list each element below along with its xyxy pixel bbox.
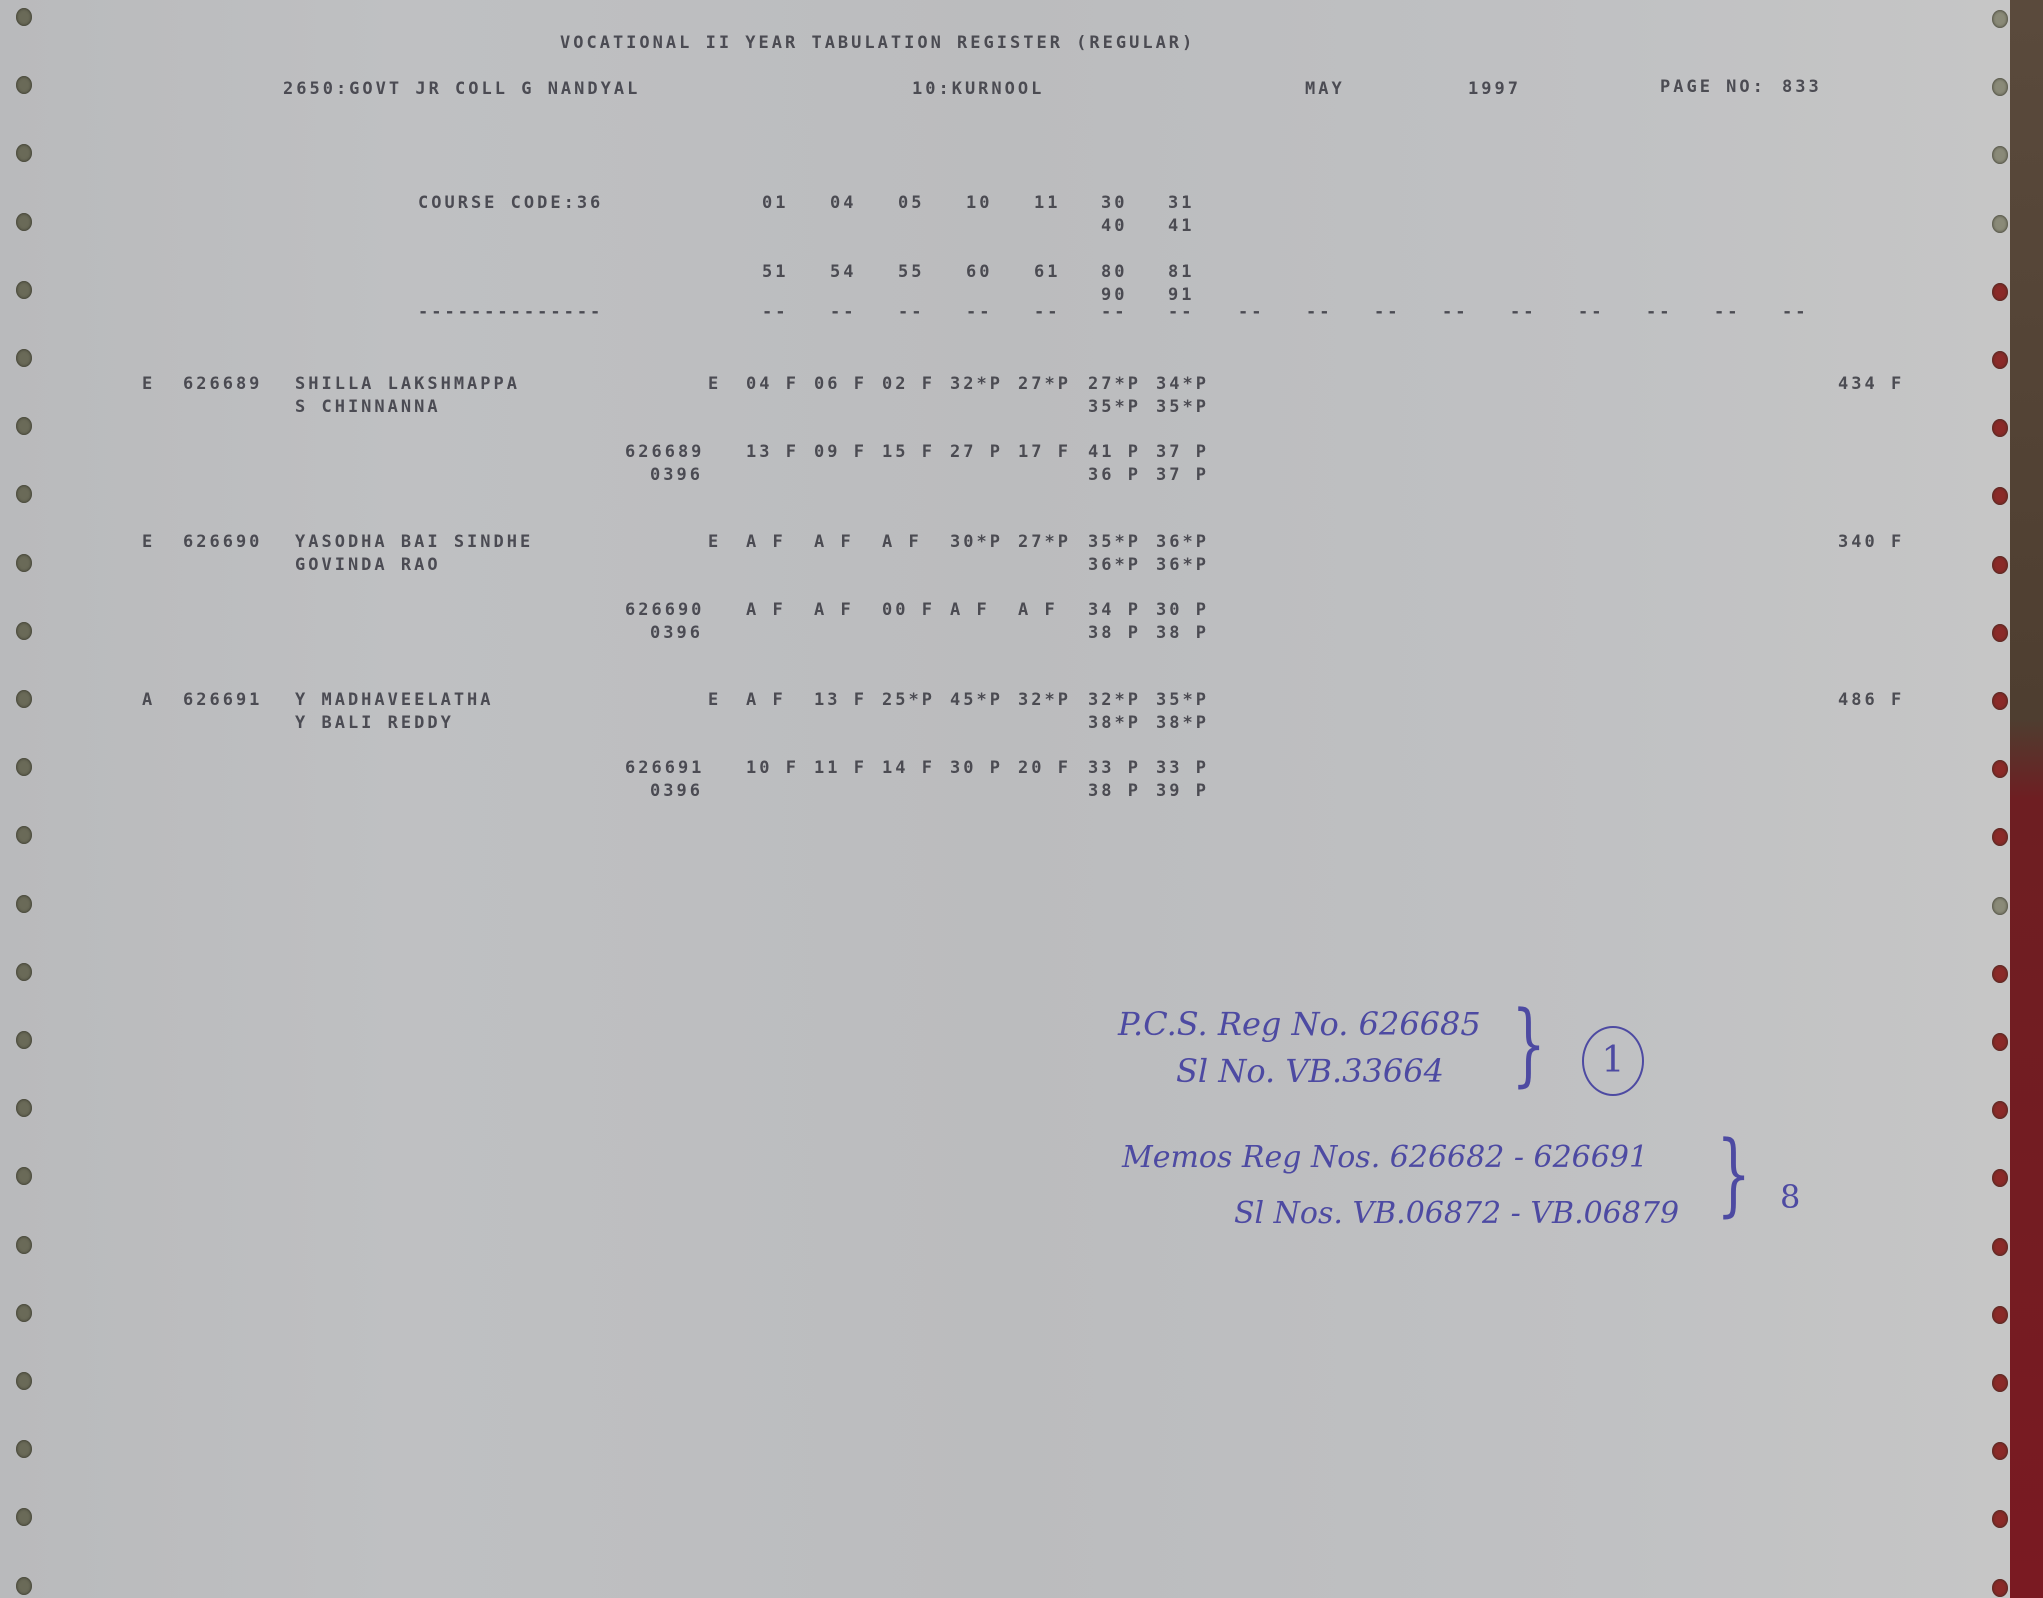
subject-mark: 38*P [1088, 713, 1141, 733]
left-feed-hole-icon [16, 1577, 32, 1595]
left-feed-hole-icon [16, 1304, 32, 1322]
subject-code: 11 [1034, 193, 1060, 213]
subject-mark: 35*P [1156, 690, 1209, 710]
subject-mark: A F [882, 532, 922, 552]
right-feed-hole-icon [1992, 556, 2008, 574]
subject-mark: 36*P [1156, 532, 1209, 552]
subject-mark: 32*P [1018, 690, 1071, 710]
column-dash: -- [1168, 302, 1194, 322]
left-feed-hole-icon [16, 1236, 32, 1254]
right-feed-hole-icon [1992, 283, 2008, 301]
subject-code: 30 [1101, 193, 1127, 213]
student-reg-no: 626690 [183, 532, 262, 552]
student-medium: E [708, 532, 721, 552]
student-ref-code: 0396 [650, 781, 703, 801]
column-dash: -- [830, 302, 856, 322]
college-name: 2650:GOVT JR COLL G NANDYAL [283, 79, 640, 99]
column-dash: -- [1374, 302, 1400, 322]
subject-mark: 10 F [746, 758, 799, 778]
right-feed-hole-icon [1992, 1033, 2008, 1051]
subject-mark: 17 F [1018, 442, 1071, 462]
subject-mark: 27*P [1018, 532, 1071, 552]
student-name: YASODHA BAI SINDHE [295, 532, 533, 552]
student-father-name: GOVINDA RAO [295, 555, 441, 575]
column-dash: -- [1306, 302, 1332, 322]
subject-mark: 39 P [1156, 781, 1209, 801]
page-label: PAGE NO: [1660, 77, 1766, 97]
column-dash: -- [1034, 302, 1060, 322]
subject-mark: 30 P [1156, 600, 1209, 620]
left-feed-hole-icon [16, 281, 32, 299]
handwritten-brace-1: } [1511, 1000, 1545, 1090]
subject-mark: 41 P [1088, 442, 1141, 462]
column-dash: -- [1238, 302, 1264, 322]
student-ref-no: 626691 [625, 758, 704, 778]
subject-mark: 36*P [1088, 555, 1141, 575]
right-feed-hole-icon [1992, 215, 2008, 233]
subject-mark: 13 F [814, 690, 867, 710]
student-medium: E [708, 690, 721, 710]
subject-mark: 09 F [814, 442, 867, 462]
subject-code: 04 [830, 193, 856, 213]
subject-code: 01 [762, 193, 788, 213]
student-reg-no: 626691 [183, 690, 262, 710]
handwritten-memo-count: 8 [1780, 1178, 1800, 1216]
subject-mark: 33 P [1156, 758, 1209, 778]
course-code-label: COURSE CODE:36 [418, 193, 603, 213]
student-total-result: 486 F [1838, 690, 1904, 710]
column-dash: -- [1714, 302, 1740, 322]
handwritten-memos-sl-nos: Sl Nos. VB.06872 - VB.06879 [1234, 1196, 1679, 1231]
column-dash: -- [1510, 302, 1536, 322]
subject-mark: 06 F [814, 374, 867, 394]
register-title: VOCATIONAL II YEAR TABULATION REGISTER (… [560, 33, 1195, 53]
subject-mark: 32*P [950, 374, 1003, 394]
right-feed-hole-icon [1992, 965, 2008, 983]
left-feed-hole-icon [16, 349, 32, 367]
subject-mark: 15 F [882, 442, 935, 462]
subject-mark: 11 F [814, 758, 867, 778]
subject-mark: 30*P [950, 532, 1003, 552]
right-feed-hole-icon [1992, 10, 2008, 28]
subject-mark: 14 F [882, 758, 935, 778]
subject-mark: A F [950, 600, 990, 620]
student-total-result: 434 F [1838, 374, 1904, 394]
student-ref-code: 0396 [650, 465, 703, 485]
subject-mark: 32*P [1088, 690, 1141, 710]
right-feed-hole-icon [1992, 351, 2008, 369]
subject-mark: 13 F [746, 442, 799, 462]
course-underline: -------------- [418, 302, 603, 322]
subject-mark: 27 P [950, 442, 1003, 462]
column-dash: -- [762, 302, 788, 322]
subject-code: 55 [898, 262, 924, 282]
page-number: 833 [1782, 77, 1822, 97]
subject-mark: 34*P [1156, 374, 1209, 394]
subject-mark: 37 P [1156, 442, 1209, 462]
subject-code: 51 [762, 262, 788, 282]
handwritten-pcs-sl-no: Sl No. VB.33664 [1176, 1052, 1444, 1090]
student-medium: E [708, 374, 721, 394]
subject-code: 41 [1168, 216, 1194, 236]
student-reg-no: 626689 [183, 374, 262, 394]
subject-mark: 04 F [746, 374, 799, 394]
handwritten-brace-2: } [1716, 1130, 1750, 1220]
column-dash: -- [966, 302, 992, 322]
district-name: 10:KURNOOL [912, 79, 1044, 99]
subject-mark: 35*P [1156, 397, 1209, 417]
subject-code: 10 [966, 193, 992, 213]
student-ref-no: 626690 [625, 600, 704, 620]
left-feed-hole-icon [16, 213, 32, 231]
column-dash: -- [1646, 302, 1672, 322]
subject-mark: 38 P [1156, 623, 1209, 643]
subject-mark: 45*P [950, 690, 1003, 710]
right-feed-hole-icon [1992, 1238, 2008, 1256]
subject-code: 31 [1168, 193, 1194, 213]
subject-mark: 36*P [1156, 555, 1209, 575]
right-feed-hole-icon [1992, 624, 2008, 642]
subject-code: 54 [830, 262, 856, 282]
subject-mark: 27*P [1018, 374, 1071, 394]
student-name: Y MADHAVEELATHA [295, 690, 494, 710]
exam-month: MAY [1305, 79, 1345, 99]
subject-mark: 33 P [1088, 758, 1141, 778]
student-total-result: 340 F [1838, 532, 1904, 552]
left-feed-hole-icon [16, 1031, 32, 1049]
handwritten-count-circle: 1 [1582, 1026, 1644, 1096]
subject-mark: 34 P [1088, 600, 1141, 620]
left-feed-hole-icon [16, 622, 32, 640]
subject-mark: 36 P [1088, 465, 1141, 485]
subject-code: 61 [1034, 262, 1060, 282]
subject-mark: 38 P [1088, 623, 1141, 643]
subject-mark: A F [746, 600, 786, 620]
handwritten-pcs-reg-no: P.C.S. Reg No. 626685 [1118, 1005, 1481, 1043]
student-flag: E [142, 532, 155, 552]
subject-mark: 35*P [1088, 397, 1141, 417]
subject-mark: 25*P [882, 690, 935, 710]
column-dash: -- [898, 302, 924, 322]
column-dash: -- [1442, 302, 1468, 322]
left-feed-hole-icon [16, 554, 32, 572]
right-feed-hole-icon [1992, 1374, 2008, 1392]
subject-code: 81 [1168, 262, 1194, 282]
subject-mark: 00 F [882, 600, 935, 620]
subject-mark: A F [746, 690, 786, 710]
student-father-name: S CHINNANNA [295, 397, 441, 417]
printout-paper [0, 0, 2010, 1598]
student-flag: E [142, 374, 155, 394]
subject-mark: 02 F [882, 374, 935, 394]
subject-mark: 20 F [1018, 758, 1071, 778]
student-ref-code: 0396 [650, 623, 703, 643]
paper-edge-background [2010, 0, 2043, 1598]
column-dash: -- [1578, 302, 1604, 322]
subject-code: 80 [1101, 262, 1127, 282]
column-dash: -- [1101, 302, 1127, 322]
subject-mark: 27*P [1088, 374, 1141, 394]
student-flag: A [142, 690, 155, 710]
left-feed-hole-icon [16, 8, 32, 26]
subject-mark: A F [746, 532, 786, 552]
handwritten-memos-reg-nos: Memos Reg Nos. 626682 - 626691 [1122, 1140, 1648, 1175]
column-dash: -- [1782, 302, 1808, 322]
left-feed-hole-icon [16, 690, 32, 708]
subject-code: 05 [898, 193, 924, 213]
left-feed-hole-icon [16, 895, 32, 913]
subject-mark: 30 P [950, 758, 1003, 778]
student-father-name: Y BALI REDDY [295, 713, 454, 733]
subject-code: 60 [966, 262, 992, 282]
right-feed-hole-icon [1992, 1306, 2008, 1324]
subject-mark: 37 P [1156, 465, 1209, 485]
subject-mark: 38*P [1156, 713, 1209, 733]
right-feed-hole-icon [1992, 897, 2008, 915]
left-feed-hole-icon [16, 963, 32, 981]
right-feed-hole-icon [1992, 1579, 2008, 1597]
student-name: SHILLA LAKSHMAPPA [295, 374, 520, 394]
subject-mark: 38 P [1088, 781, 1141, 801]
subject-code: 40 [1101, 216, 1127, 236]
subject-mark: 35*P [1088, 532, 1141, 552]
subject-mark: A F [814, 532, 854, 552]
left-feed-hole-icon [16, 1372, 32, 1390]
student-ref-no: 626689 [625, 442, 704, 462]
right-feed-hole-icon [1992, 692, 2008, 710]
subject-mark: A F [1018, 600, 1058, 620]
exam-year: 1997 [1468, 79, 1521, 99]
subject-mark: A F [814, 600, 854, 620]
